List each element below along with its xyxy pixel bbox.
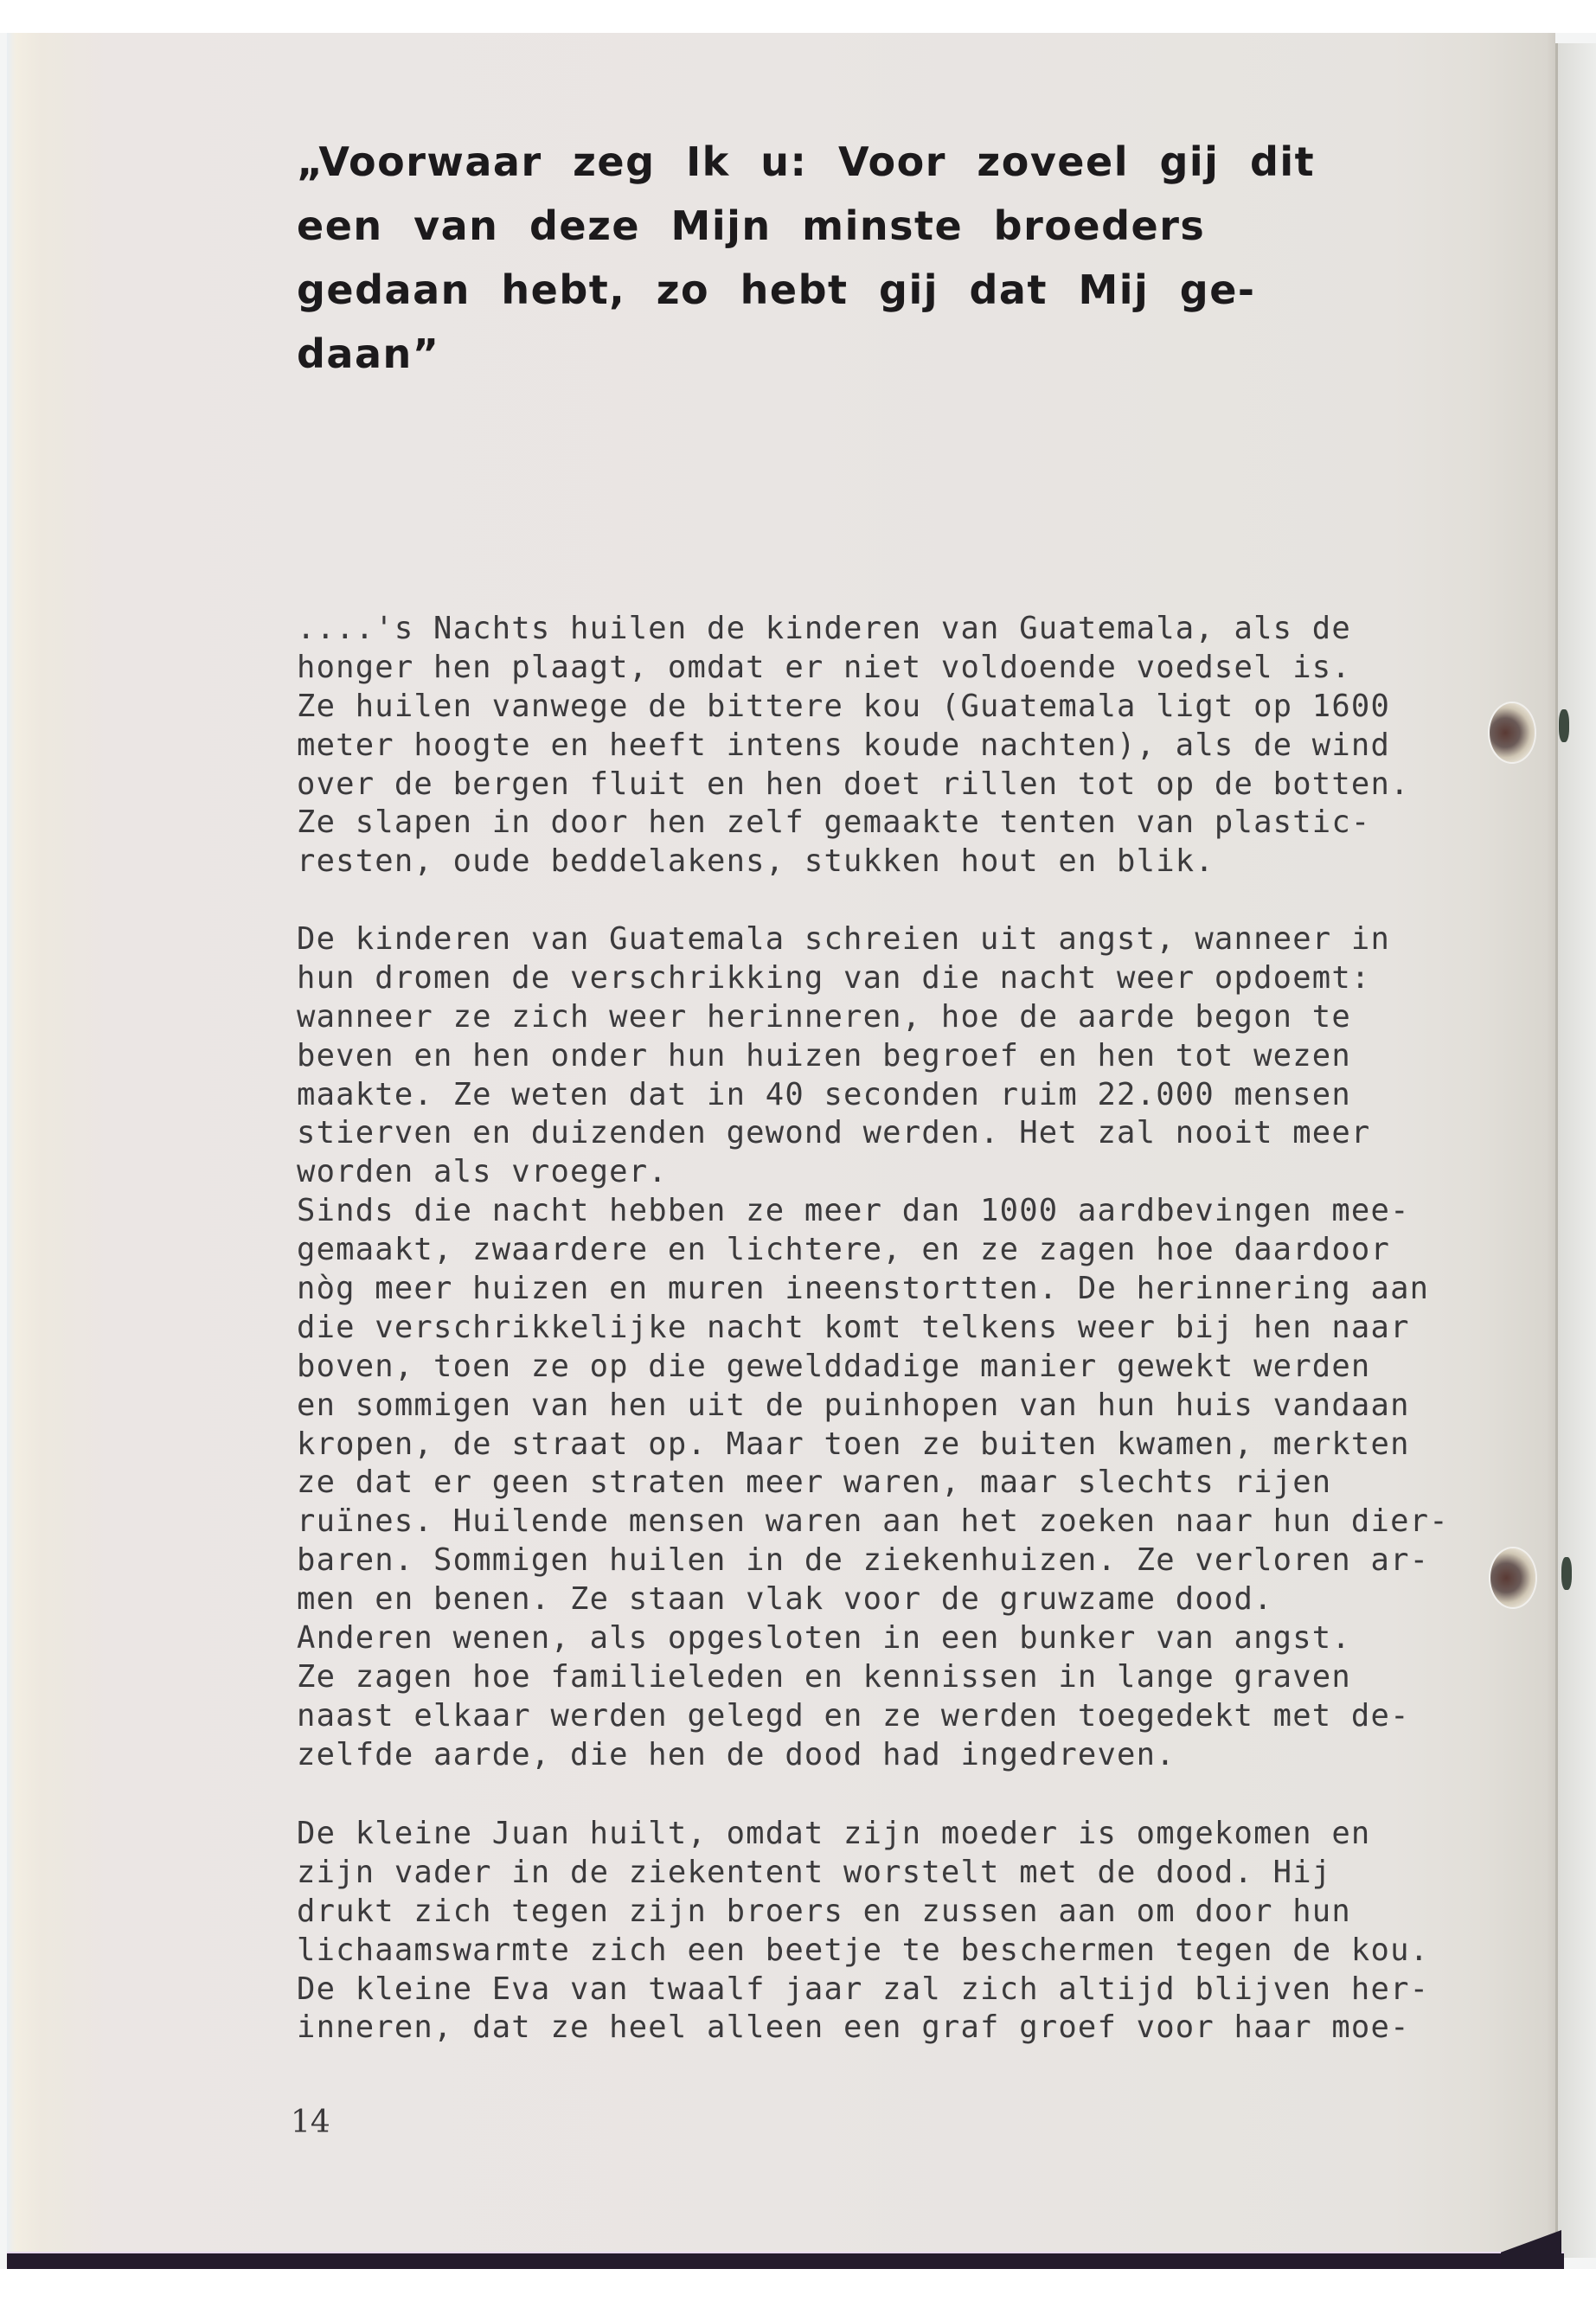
text-line: over de bergen fluit en hen doet rillen … — [297, 766, 1465, 804]
text-line: die verschrikkelijke nacht komt telkens … — [297, 1309, 1465, 1348]
text-line: lichaamswarmte zich een beetje te besche… — [297, 1932, 1465, 1971]
quote-line: een van deze Mijn minste broeders — [297, 194, 1465, 258]
binder-backing — [1558, 43, 1596, 2258]
text-line: worden als vroeger. — [297, 1153, 1465, 1192]
text-line: ....'s Nachts huilen de kinderen van Gua… — [297, 610, 1465, 649]
page-number: 14 — [291, 2105, 330, 2140]
text-line: boven, toen ze op die gewelddadige manie… — [297, 1348, 1465, 1387]
text-line: Anderen wenen, als opgesloten in een bun… — [297, 1619, 1465, 1658]
text-line: ze dat er geen straten meer waren, maar … — [297, 1464, 1465, 1503]
text-line: resten, oude beddelakens, stukken hout e… — [297, 843, 1465, 881]
text-line: inneren, dat ze heel alleen een graf gro… — [297, 2009, 1465, 2048]
quote-line: daan” — [297, 322, 1465, 386]
punch-hole-icon — [1490, 1548, 1535, 1607]
paragraph-juan-and-eva: De kleine Juan huilt, omdat zijn moeder … — [297, 1815, 1465, 2048]
text-line: kropen, de straat op. Maar toen ze buite… — [297, 1426, 1465, 1465]
text-line: zelfde aarde, die hen de dood had ingedr… — [297, 1736, 1465, 1775]
page-bottom-edge — [7, 2252, 1564, 2269]
text-line: drukt zich tegen zijn broers en zussen a… — [297, 1893, 1465, 1932]
binder-ring-icon — [1559, 709, 1569, 742]
text-line: men en benen. Ze staan vlak voor de gruw… — [297, 1580, 1465, 1619]
text-line: ruïnes. Huilende mensen waren aan het zo… — [297, 1503, 1465, 1541]
text-line: stierven en duizenden gewond werden. Het… — [297, 1114, 1465, 1153]
quote-line: „Voorwaar zeg Ik u: Voor zoveel gij dit — [297, 130, 1465, 194]
text-line: Ze slapen in door hen zelf gemaakte tent… — [297, 804, 1465, 843]
paragraph-earthquake-fear: De kinderen van Guatemala schreien uit a… — [297, 920, 1465, 1775]
text-line: Ze huilen vanwege de bittere kou (Guatem… — [297, 688, 1465, 727]
text-line: nòg meer huizen en muren ineenstortten. … — [297, 1270, 1465, 1309]
text-line: baren. Sommigen huilen in de ziekenhuize… — [297, 1541, 1465, 1580]
text-line: en sommigen van hen uit de puinhopen van… — [297, 1387, 1465, 1426]
text-line: honger hen plaagt, omdat er niet voldoen… — [297, 649, 1465, 688]
text-line: De kleine Juan huilt, omdat zijn moeder … — [297, 1815, 1465, 1854]
bible-quote-heading: „Voorwaar zeg Ik u: Voor zoveel gij dit … — [297, 130, 1465, 386]
quote-line: gedaan hebt, zo hebt gij dat Mij ge- — [297, 258, 1465, 322]
text-line: Ze zagen hoe familieleden en kennissen i… — [297, 1658, 1465, 1697]
text-line: maakte. Ze weten dat in 40 seconden ruim… — [297, 1076, 1465, 1115]
text-line: De kinderen van Guatemala schreien uit a… — [297, 920, 1465, 959]
paragraph-night-crying: ....'s Nachts huilen de kinderen van Gua… — [297, 610, 1465, 881]
punch-hole-icon — [1490, 703, 1535, 762]
text-line: hun dromen de verschrikking van die nach… — [297, 959, 1465, 998]
text-line: naast elkaar werden gelegd en ze werden … — [297, 1697, 1465, 1736]
binder-ring-icon — [1561, 1557, 1572, 1590]
text-line: De kleine Eva van twaalf jaar zal zich a… — [297, 1971, 1465, 2009]
text-line: gemaakt, zwaardere en lichtere, en ze za… — [297, 1231, 1465, 1270]
text-line: Sinds die nacht hebben ze meer dan 1000 … — [297, 1192, 1465, 1231]
text-line: meter hoogte en heeft intens koude nacht… — [297, 727, 1465, 766]
text-line: wanneer ze zich weer herinneren, hoe de … — [297, 998, 1465, 1037]
text-line: beven en hen onder hun huizen begroef en… — [297, 1037, 1465, 1076]
text-line: zijn vader in de ziekentent worstelt met… — [297, 1854, 1465, 1893]
